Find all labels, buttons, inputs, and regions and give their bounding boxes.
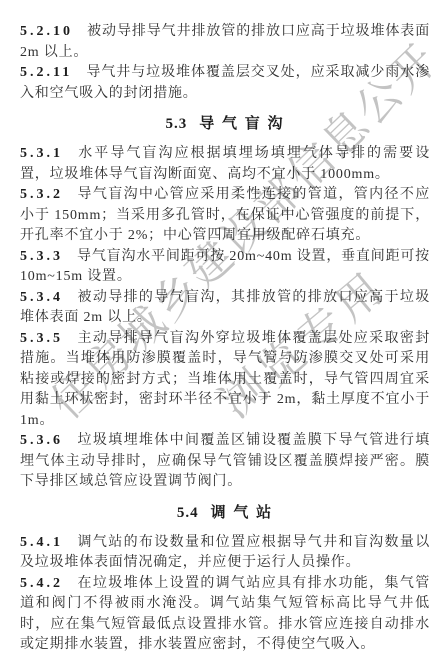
heading-number: 5.4: [177, 505, 199, 521]
clause-5-4-1: 5.4.1调气站的布设数量和位置应根据导气井和盲沟数量以及垃圾堆体表面情况确定，…: [20, 533, 430, 574]
document-body: 5.2.10被动导排导气井排放管的排放口应高于垃圾堆体表面 2m 以上。 5.2…: [20, 22, 430, 653]
clause-5-3-6: 5.3.6垃圾填埋堆体中间覆盖区铺设覆盖膜下导气管进行填埋气体主动导排时，应确保…: [20, 431, 430, 493]
section-heading-5-4: 5.4调 气 站: [20, 503, 430, 523]
clause-number: 5.3.5: [20, 331, 63, 346]
clause-5-3-4: 5.3.4被动导排的导气盲沟，其排放管的排放口应高于垃圾堆体表面 2m 以上。: [20, 288, 430, 329]
clause-text: 调气站的布设数量和位置应根据导气井和盲沟数量以及垃圾堆体表面情况确定，并应便于运…: [20, 535, 430, 571]
clause-text: 主动导排导气盲沟外穿垃圾堆体覆盖层处应采取密封措施。当堆体用防渗膜覆盖时，导气管…: [20, 331, 430, 428]
clause-number: 5.3.4: [20, 290, 63, 305]
clause-5-3-3: 5.3.3导气盲沟水平间距可按 20m~40m 设置，垂直间距可按 10m~15…: [20, 247, 430, 288]
clause-5-2-10: 5.2.10被动导排导气井排放管的排放口应高于垃圾堆体表面 2m 以上。: [20, 22, 430, 63]
clause-number: 5.4.1: [20, 535, 63, 550]
clause-5-2-11: 5.2.11导气井与垃圾堆体覆盖层交叉处，应采取减少雨水渗入和空气吸入的封闭措施…: [20, 63, 430, 104]
clause-number: 5.3.1: [20, 146, 63, 161]
document-page: 住房城乡建设部信息公开 浏览专用 5.2.10被动导排导气井排放管的排放口应高于…: [0, 0, 436, 653]
clause-5-3-1: 5.3.1水平导气盲沟应根据填埋场填埋气体导排的需要设置，垃圾堆体导气盲沟断面宽…: [20, 144, 430, 185]
section-heading-5-3: 5.3导 气 盲 沟: [20, 114, 430, 134]
clause-5-3-5: 5.3.5主动导排导气盲沟外穿垃圾堆体覆盖层处应采取密封措施。当堆体用防渗膜覆盖…: [20, 329, 430, 432]
clause-text: 被动导排导气井排放管的排放口应高于垃圾堆体表面 2m 以上。: [20, 24, 430, 60]
clause-number: 5.4.2: [20, 576, 63, 591]
heading-number: 5.3: [165, 116, 187, 132]
clause-text: 水平导气盲沟应根据填埋场填埋气体导排的需要设置，垃圾堆体导气盲沟断面宽、高均不宜…: [20, 146, 430, 182]
clause-text: 在垃圾堆体上设置的调气站应具有排水功能，集气管道和阀门不得被雨水淹没。调气站集气…: [20, 576, 430, 653]
clause-text: 被动导排的导气盲沟，其排放管的排放口应高于垃圾堆体表面 2m 以上。: [20, 290, 430, 326]
clause-number: 5.3.3: [20, 249, 63, 264]
clause-number: 5.3.2: [20, 187, 63, 202]
clause-text: 垃圾填埋堆体中间覆盖区铺设覆盖膜下导气管进行填埋气体主动导排时，应确保导气管铺设…: [20, 433, 430, 489]
clause-text: 导气井与垃圾堆体覆盖层交叉处，应采取减少雨水渗入和空气吸入的封闭措施。: [20, 65, 430, 101]
heading-title: 导 气 盲 沟: [199, 116, 284, 132]
clause-text: 导气盲沟水平间距可按 20m~40m 设置，垂直间距可按 10m~15m 设置。: [20, 249, 430, 285]
clause-number: 5.2.10: [20, 24, 73, 39]
clause-5-4-2: 5.4.2在垃圾堆体上设置的调气站应具有排水功能，集气管道和阀门不得被雨水淹没。…: [20, 574, 430, 653]
heading-title: 调 气 站: [211, 505, 274, 521]
clause-text: 导气盲沟中心管应采用柔性连接的管道，管内径不应小于 150mm；当采用多孔管时，…: [20, 187, 430, 243]
clause-number: 5.3.6: [20, 433, 63, 448]
clause-5-3-2: 5.3.2导气盲沟中心管应采用柔性连接的管道，管内径不应小于 150mm；当采用…: [20, 185, 430, 247]
clause-number: 5.2.11: [20, 65, 72, 80]
